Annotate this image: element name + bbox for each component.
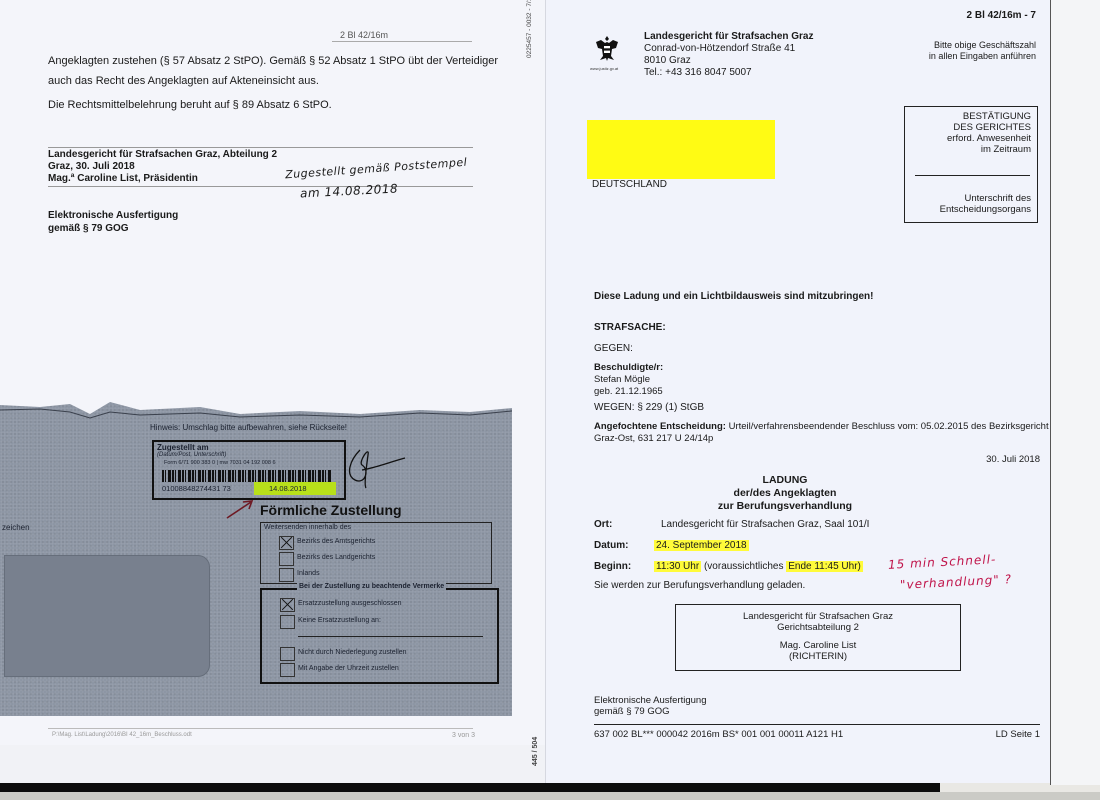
title-line3: zur Berufungsverhandlung bbox=[660, 500, 910, 513]
signature-line2: Graz, 30. Juli 2018 bbox=[48, 161, 277, 173]
blank-line bbox=[298, 636, 483, 637]
footer-rule bbox=[594, 724, 1040, 725]
judge-box: Landesgericht für Strafsachen Graz Geric… bbox=[675, 604, 961, 671]
checkbox-with-time[interactable] bbox=[280, 663, 295, 677]
handwritten-note-line2: am 14.08.2018 bbox=[300, 181, 399, 200]
case-number: 2 Bl 42/16m - 7 bbox=[930, 8, 1036, 23]
option-label: Mit Angabe der Uhrzeit zustellen bbox=[298, 665, 399, 672]
stamp-sub: (Datum/Post, Unterschrift) bbox=[157, 452, 226, 458]
side-code: 0225457 - 0032 - 7/14 bbox=[526, 0, 533, 58]
signature-scribble bbox=[340, 440, 410, 490]
checkbox-domestic[interactable] bbox=[279, 568, 294, 582]
delivery-notes-section: Bei der Zustellung zu beachtende Vermerk… bbox=[260, 588, 499, 684]
website: www.justiz.gv.at bbox=[590, 66, 618, 71]
notice: Diese Ladung und ein Lichtbildausweis si… bbox=[594, 289, 873, 304]
checkbox-no-substitute[interactable] bbox=[280, 598, 295, 612]
court-address: Landesgericht für Strafsachen Graz Conra… bbox=[644, 31, 814, 79]
confirmation-line3: erford. Anwesenheit bbox=[947, 133, 1031, 144]
judge-line3: Mag. Caroline List bbox=[676, 640, 960, 651]
appeal-block: Angefochtene Entscheidung: Urteil/verfah… bbox=[594, 421, 1049, 445]
option-label: Nicht durch Niederlegung zustellen bbox=[298, 649, 407, 656]
sig-line1: Unterschrift des bbox=[940, 193, 1031, 204]
judge-text: Landesgericht für Strafsachen Graz Geric… bbox=[676, 611, 960, 662]
court-phone: Tel.: +43 316 8047 5007 bbox=[644, 67, 814, 79]
title-line1: LADUNG bbox=[660, 474, 910, 487]
arrow-icon bbox=[225, 498, 255, 520]
court-street: Conrad-von-Hötzendorf Straße 41 bbox=[644, 43, 814, 55]
confirmation-line4: im Zeitraum bbox=[947, 144, 1031, 155]
summons-title: LADUNG der/des Angeklagten zur Berufungs… bbox=[660, 474, 910, 513]
option-label: Ersatzzustellung ausgeschlossen bbox=[298, 600, 402, 607]
beginn-middle: (voraussichtliches bbox=[701, 561, 786, 572]
electronic-line2: gemäß § 79 GOG bbox=[48, 222, 178, 235]
end-time: Ende 11:45 Uhr) bbox=[786, 561, 863, 572]
checkbox-district-court[interactable] bbox=[279, 536, 294, 550]
datum-value: 24. September 2018 bbox=[654, 538, 749, 553]
datum-label: Datum: bbox=[594, 538, 628, 553]
rule bbox=[48, 186, 473, 187]
scanner-bed bbox=[0, 792, 1100, 800]
footer-page: 3 von 3 bbox=[452, 732, 475, 739]
judge-line1: Landesgericht für Strafsachen Graz bbox=[676, 611, 960, 622]
strafsache-label: STRAFSACHE: bbox=[594, 320, 666, 335]
recipient-country: DEUTSCHLAND bbox=[592, 177, 667, 192]
charge: WEGEN: § 229 (1) StGB bbox=[594, 400, 704, 415]
letter-date: 30. Juli 2018 bbox=[900, 452, 1040, 467]
checkbox-regional-court[interactable] bbox=[279, 552, 294, 566]
envelope-hint: Hinweis: Umschlag bitte aufbewahren, sie… bbox=[150, 423, 347, 432]
left-reference: 2 Bl 42/16m bbox=[340, 30, 388, 40]
austrian-eagle-logo bbox=[592, 34, 622, 64]
paragraph1-line2: auch das Recht des Angeklagten auf Akten… bbox=[48, 74, 319, 89]
electronic-line1: Elektronische Ausfertigung bbox=[48, 209, 178, 222]
judge-line4: (RICHTERIN) bbox=[676, 651, 960, 662]
left-edge-text: zeichen bbox=[2, 523, 30, 532]
beginn-label: Beginn: bbox=[594, 559, 631, 574]
header-rule bbox=[332, 41, 472, 42]
option-label: Inlands bbox=[297, 570, 320, 577]
right-electronic-line2: gemäß § 79 GOG bbox=[594, 706, 706, 717]
signature-caption: Unterschrift des Entscheidungsorgans bbox=[940, 193, 1031, 215]
redacted-address bbox=[587, 120, 775, 179]
stamp-title: Zugestellt am bbox=[157, 443, 209, 452]
appeal-text: Urteil/verfahrensbeendender Beschluss vo… bbox=[726, 421, 1049, 432]
right-electronic-copy: Elektronische Ausfertigung gemäß § 79 GO… bbox=[594, 695, 706, 717]
appeal-label: Angefochtene Entscheidung: bbox=[594, 421, 726, 432]
court-city: 8010 Graz bbox=[644, 55, 814, 67]
confirmation-box: BESTÄTIGUNG DES GERICHTES erford. Anwese… bbox=[904, 106, 1038, 223]
footer-code: 637 002 BL*** 000042 2016m BS* 001 001 0… bbox=[594, 727, 843, 742]
beginn-value: 11:30 Uhr (voraussichtliches Ende 11:45 … bbox=[654, 559, 863, 574]
tracking-number: 01008848274431 73 bbox=[162, 484, 231, 493]
signature-block: Landesgericht für Strafsachen Graz, Abte… bbox=[48, 149, 277, 185]
start-time: 11:30 Uhr bbox=[654, 561, 701, 572]
left-page-footer: P:\Mag. List\Ladung\2016\BI 42_16m_Besch… bbox=[0, 745, 545, 783]
envelope-scan: Hinweis: Umschlag bitte aufbewahren, sie… bbox=[0, 398, 512, 716]
instruction: Bitte obige Geschäftszahl in allen Einga… bbox=[900, 40, 1036, 62]
signature-line3: Mag.ª Caroline List, Präsidentin bbox=[48, 173, 277, 185]
paragraph2: Die Rechtsmittelbelehrung beruht auf § 8… bbox=[48, 98, 332, 113]
option-label: Keine Ersatzzustellung an: bbox=[298, 617, 381, 624]
right-electronic-line1: Elektronische Ausfertigung bbox=[594, 695, 706, 706]
delivery-notes-title: Bei der Zustellung zu beachtende Vermerk… bbox=[297, 583, 446, 590]
handwritten-note-line1: Zugestellt gemäß Poststempel bbox=[285, 156, 468, 182]
accused-name: Stefan Mögle bbox=[594, 374, 663, 386]
confirmation-line2: DES GERICHTES bbox=[947, 122, 1031, 133]
footer-path: P:\Mag. List\Ladung\2016\BI 42_16m_Besch… bbox=[52, 732, 192, 738]
paragraph1-line1: Angeklagten zustehen (§ 57 Absatz 2 StPO… bbox=[48, 54, 498, 69]
checkbox-no-deposit[interactable] bbox=[280, 647, 295, 661]
court-name: Landesgericht für Strafsachen Graz bbox=[644, 31, 814, 43]
checkbox-no-substitute-to[interactable] bbox=[280, 615, 295, 629]
accused-block: Beschuldigte/r: Stefan Mögle geb. 21.12.… bbox=[594, 362, 663, 398]
confirmation-text: BESTÄTIGUNG DES GERICHTES erford. Anwese… bbox=[947, 111, 1031, 155]
barcode bbox=[162, 470, 332, 482]
datum-highlight: 24. September 2018 bbox=[654, 540, 749, 551]
sig-line2: Entscheidungsorgans bbox=[940, 204, 1031, 215]
stamp-date: 14.08.2018 bbox=[269, 484, 307, 493]
accused-dob: geb. 21.12.1965 bbox=[594, 386, 663, 398]
forwarding-section: Weitersenden innerhalb des Bezirks des A… bbox=[260, 522, 492, 584]
gegen-label: GEGEN: bbox=[594, 341, 633, 356]
electronic-copy: Elektronische Ausfertigung gemäß § 79 GO… bbox=[48, 209, 178, 235]
title-line2: der/des Angeklagten bbox=[660, 487, 910, 500]
footer-rule bbox=[48, 728, 473, 729]
judge-line2: Gerichtsabteilung 2 bbox=[676, 622, 960, 633]
confirmation-line1: BESTÄTIGUNG bbox=[947, 111, 1031, 122]
ort-value: Landesgericht für Strafsachen Graz, Saal… bbox=[661, 517, 869, 532]
instruction-line1: Bitte obige Geschäftszahl bbox=[900, 40, 1036, 51]
summons-text: Sie werden zur Berufungsverhandlung gela… bbox=[594, 578, 805, 593]
envelope-window bbox=[4, 555, 210, 677]
option-label: Bezirks des Landgerichts bbox=[297, 554, 375, 561]
formal-delivery-title: Förmliche Zustellung bbox=[260, 502, 402, 518]
footer-page-right: LD Seite 1 bbox=[940, 727, 1040, 742]
forwarding-title: Weitersenden innerhalb des bbox=[264, 524, 351, 531]
torn-edge bbox=[0, 398, 512, 420]
scan-shadow bbox=[0, 783, 940, 792]
signature-line1: Landesgericht für Strafsachen Graz, Abte… bbox=[48, 149, 277, 161]
stamp-codes: Form 6/71 900 383 0 | mw 7031 04 192 008… bbox=[164, 460, 276, 466]
side-page-number: 445 / 504 bbox=[532, 737, 539, 766]
instruction-line2: in allen Eingaben anführen bbox=[900, 51, 1036, 62]
background-sheet bbox=[1051, 0, 1100, 785]
signature-line bbox=[915, 175, 1030, 176]
accused-label: Beschuldigte/r: bbox=[594, 362, 663, 374]
option-label: Bezirks des Amtsgerichts bbox=[297, 538, 375, 545]
ort-label: Ort: bbox=[594, 517, 612, 532]
rule bbox=[48, 147, 473, 148]
appeal-reference: Graz-Ost, 631 217 U 24/14p bbox=[594, 433, 1049, 445]
delivery-stamp-box: Zugestellt am (Datum/Post, Unterschrift)… bbox=[152, 440, 346, 500]
